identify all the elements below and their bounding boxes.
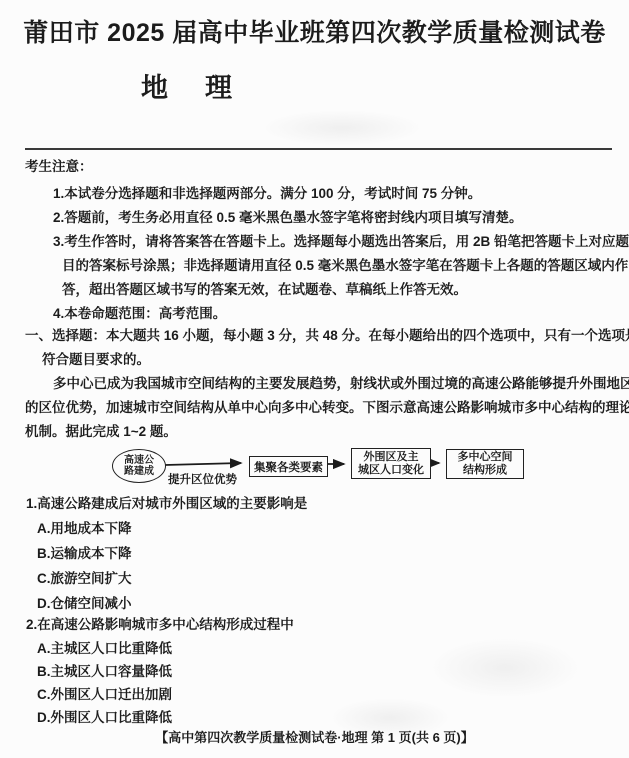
- notice-item-2: 2.答题前，考生务必用直径 0.5 毫米黑色墨水签字笔将密封线内项目填写清楚。: [53, 206, 620, 230]
- flow-node-highway-built-line-1: 高速公: [124, 455, 154, 466]
- question-2-option-a: A.主城区人口比重降低: [37, 637, 294, 660]
- question-1-stem: 1.高速公路建成后对城市外围区域的主要影响是: [26, 492, 307, 516]
- header-divider-rule: [25, 148, 612, 150]
- subject-title: 地 理: [141, 66, 232, 105]
- question-2-option-c: C.外围区人口迁出加剧: [37, 683, 294, 706]
- question-1-option-a: A.用地成本下降: [37, 516, 307, 541]
- question-2: 2.在高速公路影响城市多中心结构形成过程中 A.主城区人口比重降低 B.主城区人…: [26, 613, 294, 729]
- notice-item-4: 4.本卷命题范围：高考范围。: [53, 302, 620, 326]
- candidate-notice: 考生注意： 1.本试卷分选择题和非选择题两部分。满分 100 分，考试时间 75…: [25, 155, 620, 326]
- scan-smudge: [430, 638, 580, 698]
- passage-line-3: 机制。据此完成 1~2 题。: [25, 420, 621, 444]
- flow-node-polycentric-structure-line-1: 多中心空间: [458, 451, 513, 464]
- question-2-stem: 2.在高速公路影响城市多中心结构形成过程中: [26, 613, 294, 637]
- section-heading-choice-questions: 一、选择题：本大题共 16 小题，每小题 3 分，共 48 分。在每小题给出的四…: [25, 324, 621, 372]
- flow-node-population-change-line-1: 外围区及主: [364, 451, 419, 464]
- flow-node-population-change-line-2: 城区人口变化: [358, 464, 424, 477]
- notice-item-3-line-1: 3.考生作答时，请将答案答在答题卡上。选择题每小题选出答案后，用 2B 铅笔把答…: [53, 230, 620, 254]
- section-heading-line-1: 一、选择题：本大题共 16 小题，每小题 3 分，共 48 分。在每小题给出的四…: [25, 324, 621, 348]
- question-2-option-b: B.主城区人口容量降低: [37, 660, 294, 683]
- notice-item-3-line-3: 答，超出答题区域书写的答案无效，在试题卷、草稿纸上作答无效。: [62, 278, 620, 302]
- section-heading-line-2: 符合题目要求的。: [42, 348, 621, 372]
- flow-node-highway-built-line-2: 路建成: [124, 466, 154, 477]
- question-1-option-b: B.运输成本下降: [37, 541, 307, 566]
- question-1-option-c: C.旅游空间扩大: [37, 566, 307, 591]
- flow-node-polycentric-structure: 多中心空间 结构形成: [446, 449, 524, 479]
- flow-node-population-change: 外围区及主 城区人口变化: [351, 448, 431, 479]
- page-title: 莆田市 2025 届高中毕业班第四次教学质量检测试卷: [0, 13, 629, 49]
- question-1: 1.高速公路建成后对城市外围区域的主要影响是 A.用地成本下降 B.运输成本下降…: [26, 492, 307, 616]
- notice-item-3-line-2: 目的答案标号涂黑；非选择题请用直径 0.5 毫米黑色墨水签字笔在答题卡上各题的答…: [62, 254, 620, 278]
- arrow-label-improve-location-advantage: 提升区位优势: [168, 471, 237, 487]
- question-1-options: A.用地成本下降 B.运输成本下降 C.旅游空间扩大 D.仓储空间减小: [37, 516, 307, 616]
- flow-node-gather-elements: 集聚各类要素: [249, 456, 328, 477]
- passage-line-2: 的区位优势，加速城市空间结构从单中心向多中心转变。下图示意高速公路影响城市多中心…: [25, 396, 621, 420]
- flow-node-polycentric-structure-line-2: 结构形成: [463, 464, 507, 477]
- scan-smudge: [262, 110, 422, 146]
- notice-label: 考生注意：: [25, 155, 620, 179]
- page-footer: 【高中第四次教学质量检测试卷·地理 第 1 页(共 6 页)】: [0, 727, 629, 746]
- arrow-ellipse-to-box1: [165, 463, 241, 465]
- flow-node-highway-built: 高速公 路建成: [112, 449, 166, 483]
- subject-char-1: 地: [141, 66, 168, 105]
- stimulus-passage: 多中心已成为我国城市空间结构的主要发展趋势，射线状或外围过境的高速公路能够提升外…: [25, 372, 621, 444]
- question-2-option-d: D.外围区人口比重降低: [37, 706, 294, 729]
- exam-paper-page: 莆田市 2025 届高中毕业班第四次教学质量检测试卷 地 理 考生注意： 1.本…: [0, 0, 629, 758]
- passage-line-1: 多中心已成为我国城市空间结构的主要发展趋势，射线状或外围过境的高速公路能够提升外…: [53, 372, 621, 396]
- flow-node-gather-elements-text: 集聚各类要素: [254, 459, 323, 475]
- subject-char-2: 理: [205, 66, 232, 105]
- highway-mechanism-flow-diagram: 高速公 路建成 提升区位优势 集聚各类要素 外围区及主 城区人口变化 多中心空间…: [0, 444, 629, 498]
- question-2-options: A.主城区人口比重降低 B.主城区人口容量降低 C.外围区人口迁出加剧 D.外围…: [37, 637, 294, 729]
- notice-item-1: 1.本试卷分选择题和非选择题两部分。满分 100 分，考试时间 75 分钟。: [53, 182, 620, 206]
